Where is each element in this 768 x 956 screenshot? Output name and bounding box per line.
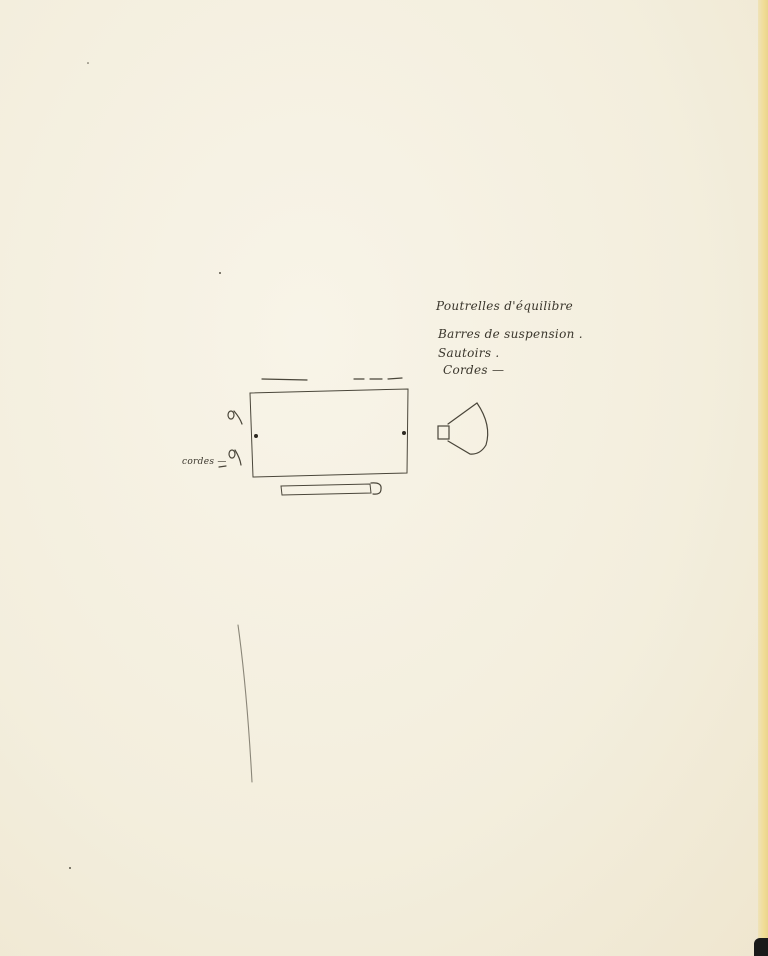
legend-solid-line [262,379,307,380]
cone-base [438,426,449,439]
legend-dash-3 [388,378,402,379]
ring-bottom [229,450,235,458]
sketch-drawing [0,0,768,956]
cone-shape [448,403,488,454]
ring-top [228,411,234,419]
notebook-page: Poutrelles d'équilibre Barres de suspens… [0,0,768,956]
bar-below [281,484,371,495]
frame-rectangle [250,389,408,477]
vertical-line [238,625,252,782]
